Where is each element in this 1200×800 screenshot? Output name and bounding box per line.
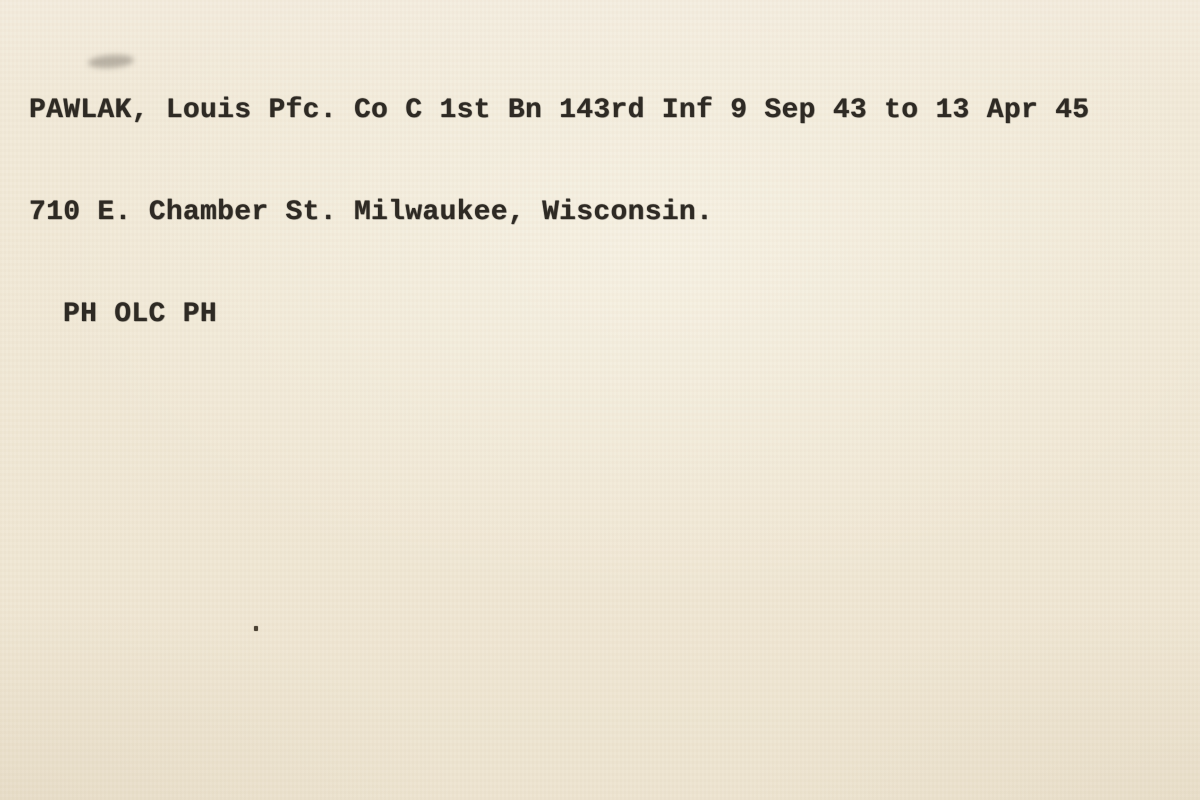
typed-text-block: PAWLAK, Louis Pfc. Co C 1st Bn 143rd Inf… <box>29 26 1089 400</box>
paper-speck <box>254 626 258 631</box>
address-line: 710 E. Chamber St. Milwaukee, Wisconsin. <box>29 196 1089 230</box>
index-card-scan: PAWLAK, Louis Pfc. Co C 1st Bn 143rd Inf… <box>0 0 1200 800</box>
service-record-line: PAWLAK, Louis Pfc. Co C 1st Bn 143rd Inf… <box>29 94 1089 128</box>
awards-line: PH OLC PH <box>63 298 1089 332</box>
